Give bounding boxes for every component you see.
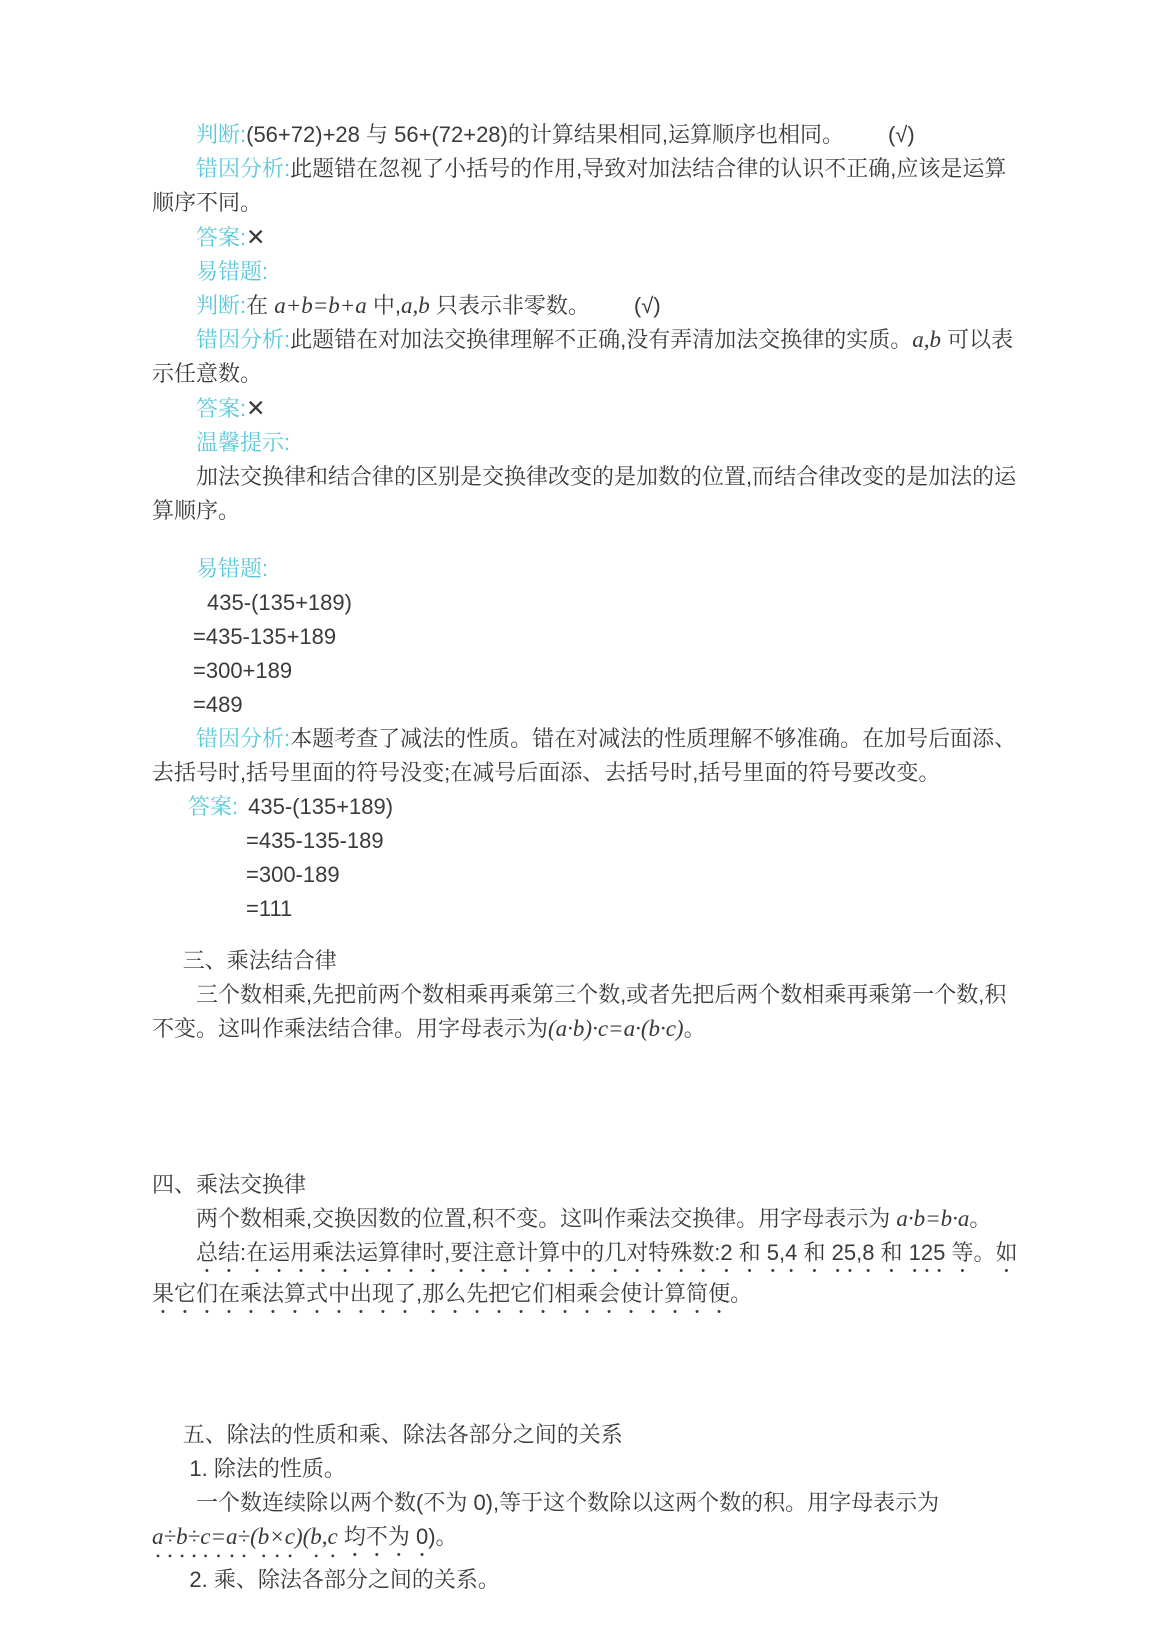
- cause-analysis-1: 错因分析:此题错在忽视了小括号的作用,导致对加法结合律的认识不正确,应该是运算顺…: [152, 152, 1024, 220]
- mistake-heading-3: 易错题:: [152, 552, 1024, 586]
- judgment-2-pre: 在: [246, 293, 274, 318]
- judgment-2-label: 判断:: [196, 293, 246, 318]
- heading-mul-associative: 三、乘法结合律: [152, 944, 1024, 978]
- answer-3-label: 答案:: [188, 794, 238, 819]
- judgment-2-formula: a+b=b+a: [274, 293, 367, 318]
- division-formula-condition: 均不为 0)。: [338, 1524, 458, 1549]
- heading-mul-commutative: 四、乘法交换律: [152, 1168, 1024, 1202]
- mul-commutative-period: 。: [969, 1206, 991, 1231]
- answer-calc-line-4: =111: [152, 892, 1024, 926]
- answer-calculation: 答案:435-(135+189) =435-135-189 =300-189 =…: [152, 790, 1024, 926]
- division-formula: a÷b÷c=a÷(b×c)(b,c: [152, 1524, 338, 1549]
- division-formula-line: a÷b÷c=a÷(b×c)(b,c 均不为 0)。: [152, 1520, 1024, 1563]
- tip-heading-label: 温馨提示:: [196, 430, 290, 455]
- answer-2-cross-mark: ✕: [246, 395, 265, 421]
- mul-summary: 总结:在运用乘法运算律时,要注意计算中的几对特殊数:2 和 5,4 和 25,8…: [152, 1236, 1024, 1318]
- mul-associative-body: 三个数相乘,先把前两个数相乘再乘第三个数,或者先把后两个数相乘再乘第一个数,积不…: [152, 978, 1024, 1046]
- answer-calc-expr-1: 435-(135+189): [248, 794, 393, 819]
- answer-calc-line-1: 答案:435-(135+189): [152, 790, 1024, 824]
- division-item-1: 1. 除法的性质。: [152, 1452, 1024, 1486]
- cause-analysis-2-label: 错因分析:: [196, 327, 290, 352]
- mul-associative-formula: (a·b)·c=a·(b·c): [548, 1016, 684, 1041]
- judgment-2-vars: a,b: [401, 293, 430, 318]
- answer-calc-line-3: =300-189: [152, 858, 1024, 892]
- cause-analysis-2-text: 此题错在对加法交换律理解不正确,没有弄清加法交换律的实质。: [290, 327, 912, 352]
- answer-1-label: 答案:: [196, 225, 246, 250]
- wrong-calc-line-3: =300+189: [152, 654, 1024, 688]
- answer-calc-line-2: =435-135-189: [152, 824, 1024, 858]
- judgment-2-check-mark: (√): [634, 293, 661, 318]
- mistake-heading-3-label: 易错题:: [196, 556, 268, 581]
- section-mul-associative: 三、乘法结合律 三个数相乘,先把前两个数相乘再乘第三个数,或者先把后两个数相乘再…: [152, 944, 1024, 1046]
- mul-commutative-formula: a·b=b·a: [896, 1206, 969, 1231]
- section-subtraction-error: 易错题: 435-(135+189) =435-135+189 =300+189…: [152, 552, 1024, 926]
- division-property-text: 一个数连续除以两个数(不为 0),等于这个数除以这两个数的积。用字母表示为: [152, 1486, 1024, 1520]
- tip-text: 加法交换律和结合律的区别是交换律改变的是加数的位置,而结合律改变的是加法的运算顺…: [152, 460, 1024, 528]
- wrong-calc-line-4: =489: [152, 688, 1024, 722]
- tip-heading: 温馨提示:: [152, 426, 1024, 460]
- cause-analysis-3-label: 错因分析:: [196, 726, 290, 751]
- cause-analysis-2: 错因分析:此题错在对加法交换律理解不正确,没有弄清加法交换律的实质。a,b 可以…: [152, 323, 1024, 391]
- judgment-1-text: (56+72)+28 与 56+(72+28)的计算结果相同,运算顺序也相同。: [246, 122, 844, 147]
- mul-associative-period: 。: [684, 1016, 706, 1041]
- answer-1: 答案:✕: [152, 220, 1024, 255]
- document-page: 判断:(56+72)+28 与 56+(72+28)的计算结果相同,运算顺序也相…: [0, 0, 1176, 1597]
- wrong-calc-line-2: =435-135+189: [152, 620, 1024, 654]
- judgment-2: 判断:在 a+b=b+a 中,a,b 只表示非零数。(√): [152, 289, 1024, 323]
- judgment-2-post: 只表示非零数。: [430, 293, 590, 318]
- mul-commutative-body: 两个数相乘,交换因数的位置,积不变。这叫作乘法交换律。用字母表示为 a·b=b·…: [152, 1202, 1024, 1236]
- judgment-1-check-mark: (√): [888, 122, 915, 147]
- section-mul-commutative: 四、乘法交换律 两个数相乘,交换因数的位置,积不变。这叫作乘法交换律。用字母表示…: [152, 1168, 1024, 1318]
- judgment-2-mid: 中,: [367, 293, 401, 318]
- wrong-calculation: 435-(135+189) =435-135+189 =300+189 =489: [152, 586, 1024, 722]
- mul-summary-text: 总结:在运用乘法运算律时,要注意计算中的几对特殊数:2 和 5,4 和 25,8…: [152, 1240, 1017, 1306]
- cause-analysis-1-label: 错因分析:: [196, 156, 290, 181]
- division-item-2: 2. 乘、除法各部分之间的关系。: [152, 1563, 1024, 1597]
- mistake-heading-2-label: 易错题:: [196, 259, 268, 284]
- section-addition-errors: 判断:(56+72)+28 与 56+(72+28)的计算结果相同,运算顺序也相…: [152, 118, 1024, 528]
- judgment-1: 判断:(56+72)+28 与 56+(72+28)的计算结果相同,运算顺序也相…: [152, 118, 1024, 152]
- wrong-calc-line-1: 435-(135+189): [152, 586, 1024, 620]
- cause-analysis-3: 错因分析:本题考查了减法的性质。错在对减法的性质理解不够准确。在加号后面添、去括…: [152, 722, 1024, 790]
- mul-commutative-text: 两个数相乘,交换因数的位置,积不变。这叫作乘法交换律。用字母表示为: [196, 1206, 896, 1231]
- answer-2-label: 答案:: [196, 396, 246, 421]
- heading-division: 五、除法的性质和乘、除法各部分之间的关系: [152, 1418, 1024, 1452]
- mistake-heading-2: 易错题:: [152, 255, 1024, 289]
- judgment-1-label: 判断:: [196, 122, 246, 147]
- answer-1-cross-mark: ✕: [246, 224, 265, 250]
- answer-2: 答案:✕: [152, 391, 1024, 426]
- section-division: 五、除法的性质和乘、除法各部分之间的关系 1. 除法的性质。 一个数连续除以两个…: [152, 1418, 1024, 1597]
- cause-analysis-2-vars: a,b: [912, 327, 941, 352]
